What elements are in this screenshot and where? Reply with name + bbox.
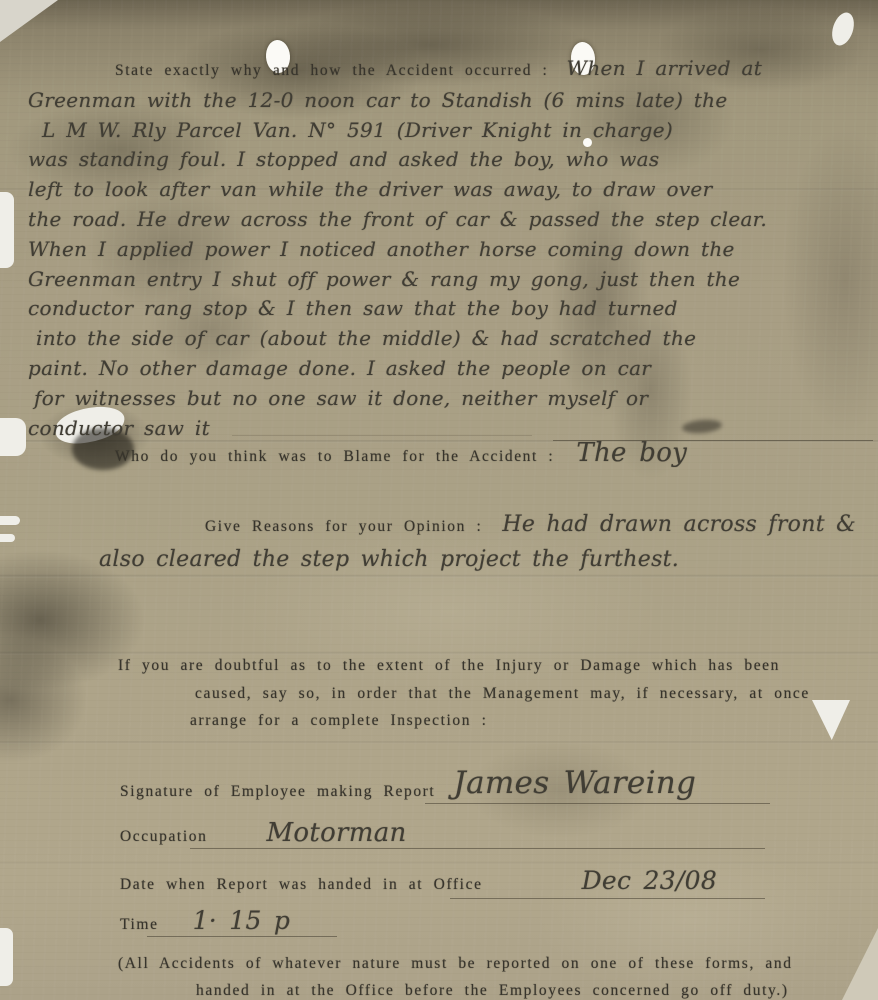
occupation-field: Occupation Motorman — [28, 818, 866, 848]
inspection-note-line: arrange for a complete Inspection : — [28, 707, 866, 735]
handwritten-answer: paint. No other damage done. I asked the… — [28, 354, 866, 384]
question-accident-line: State exactly why and how the Accident o… — [28, 54, 866, 86]
date-label: Date when Report was handed in at Office — [28, 876, 483, 893]
inspection-note-line: caused, say so, in order that the Manage… — [28, 680, 866, 708]
reasons-answer: He had drawn across front & — [502, 512, 856, 537]
inspection-note: If you are doubtful as to the extent of … — [28, 652, 866, 735]
handwritten-answer: Greenman entry I shut off power & rang m… — [28, 265, 866, 295]
footer-notice-line: (All Accidents of whatever nature must b… — [28, 950, 866, 977]
handwritten-answer: for witnesses but no one saw it done, ne… — [28, 384, 866, 414]
blame-question-label: Who do you think was to Blame for the Ac… — [28, 448, 554, 465]
signature-value: James Wareing — [453, 765, 696, 801]
question-blame: Who do you think was to Blame for the Ac… — [28, 438, 866, 468]
paper-crease — [0, 741, 878, 744]
occupation-label: Occupation — [28, 828, 207, 845]
handwritten-answer: was standing foul. I stopped and asked t… — [28, 145, 866, 175]
date-rule — [450, 898, 765, 899]
paper-tear — [828, 10, 858, 49]
handwritten-answer: When I applied power I noticed another h… — [28, 235, 866, 265]
signature-label: Signature of Employee making Report — [28, 783, 435, 800]
footer-notice-line: handed in at the Office before the Emplo… — [28, 977, 866, 1000]
torn-corner — [0, 0, 58, 42]
accident-question-label: State exactly why and how the Accident o… — [115, 62, 548, 79]
handwritten-answer: the road. He drew across the front of ca… — [28, 205, 866, 235]
handwritten-answer: When I arrived at — [566, 56, 762, 80]
blame-answer: The boy — [576, 438, 687, 468]
paper-tear — [0, 192, 14, 268]
question-accident: State exactly why and how the Accident o… — [28, 54, 866, 443]
paper-crease — [0, 862, 878, 865]
accident-report-scan: State exactly why and how the Accident o… — [0, 0, 878, 1000]
question-reasons: Give Reasons for your Opinion : He had d… — [28, 508, 866, 576]
date-value: Dec 23/08 — [582, 866, 718, 895]
occupation-rule — [190, 848, 765, 849]
date-field: Date when Report was handed in at Office… — [28, 866, 866, 895]
paper-tear — [0, 928, 13, 986]
question-reasons-line: Give Reasons for your Opinion : He had d… — [28, 508, 866, 543]
time-value: 1· 15 p — [193, 906, 291, 935]
paper-tear — [0, 534, 15, 542]
reasons-answer: also cleared the step which project the … — [44, 543, 866, 576]
occupation-value: Motorman — [266, 818, 406, 848]
time-label: Time — [28, 916, 159, 933]
handwritten-answer: conductor rang stop & I then saw that th… — [28, 294, 866, 324]
time-field: Time 1· 15 p — [28, 906, 866, 935]
time-rule — [147, 936, 337, 937]
paper-tear — [0, 418, 26, 456]
handwritten-answer: left to look after van while the driver … — [28, 175, 866, 205]
paper-tear — [0, 516, 20, 525]
reasons-question-label: Give Reasons for your Opinion : — [205, 518, 482, 535]
handwritten-answer: into the side of car (about the middle) … — [28, 324, 866, 354]
handwritten-answer: L M W. Rly Parcel Van. N° 591 (Driver Kn… — [28, 116, 866, 146]
footer-notice: (All Accidents of whatever nature must b… — [28, 950, 866, 1000]
handwritten-answer: Greenman with the 12-0 noon car to Stand… — [28, 86, 866, 116]
signature-field: Signature of Employee making Report Jame… — [28, 768, 866, 804]
inspection-note-line: If you are doubtful as to the extent of … — [28, 652, 866, 680]
